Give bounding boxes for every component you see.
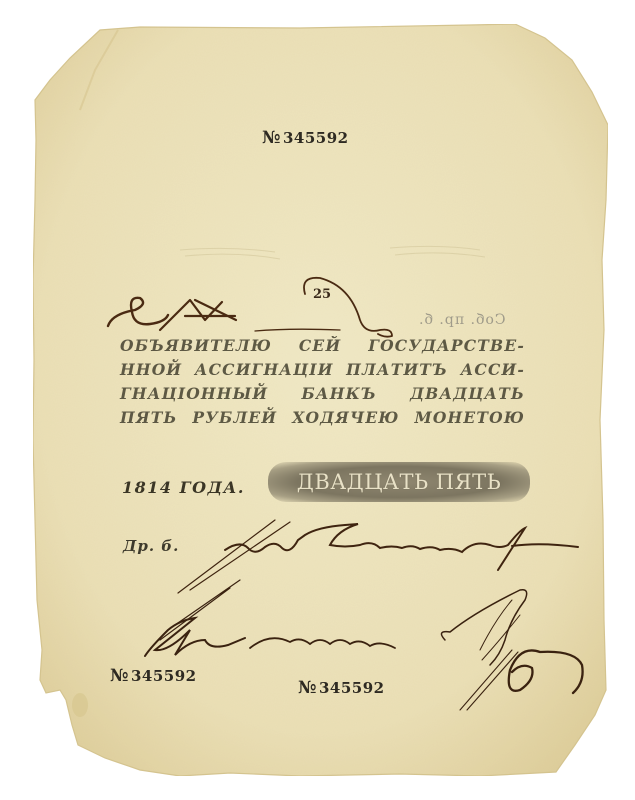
- stamp-text: Двадцать пять: [297, 470, 501, 494]
- serial-value: 345592: [131, 667, 197, 685]
- denomination-mark: 25: [313, 287, 331, 302]
- banknote-paper: №345592 25 Соб. пр. б. Объявителю сей го…: [0, 0, 635, 800]
- word: нной: [120, 358, 182, 382]
- word: рублей: [192, 406, 277, 430]
- signature-top: [108, 278, 392, 337]
- issue-year: 1814 года.: [122, 478, 245, 497]
- numero-sign: №: [262, 128, 281, 148]
- text-line-2: нной ассигнацiи платитъ асси-: [120, 358, 525, 382]
- serial-number-bottom-left: №345592: [110, 666, 197, 686]
- numero-sign: №: [298, 678, 317, 698]
- text-line-3: гнацiонный банкъ двадцать: [120, 382, 525, 406]
- serial-number-bottom-right: №345592: [298, 678, 385, 698]
- serial-number-top: №345592: [262, 128, 349, 148]
- numero-sign: №: [110, 666, 129, 686]
- department-mark: Др. б.: [123, 537, 179, 555]
- word: ассигнацiи: [195, 358, 334, 382]
- word: двадцать: [410, 382, 525, 406]
- mirrored-bleed-text: Соб. пр. б.: [418, 312, 506, 328]
- promissory-text: Объявителю сей государстве- нной ассигна…: [120, 334, 525, 430]
- word: монетою: [414, 406, 525, 430]
- serial-value: 345592: [319, 679, 385, 697]
- word: платитъ: [346, 358, 448, 382]
- word: сей: [299, 334, 341, 358]
- word: асси-: [461, 358, 525, 382]
- word: банкъ: [301, 382, 376, 406]
- word: Объявителю: [120, 334, 272, 358]
- word: государстве-: [368, 334, 525, 358]
- word: ходячею: [292, 406, 399, 430]
- text-line-4: пять рублей ходячею монетою: [120, 406, 525, 430]
- serial-value: 345592: [283, 129, 349, 147]
- word: пять: [120, 406, 177, 430]
- word: гнацiонный: [120, 382, 268, 406]
- embossed-denomination-stamp: Двадцать пять: [268, 462, 530, 502]
- text-line-1: Объявителю сей государстве-: [120, 334, 525, 358]
